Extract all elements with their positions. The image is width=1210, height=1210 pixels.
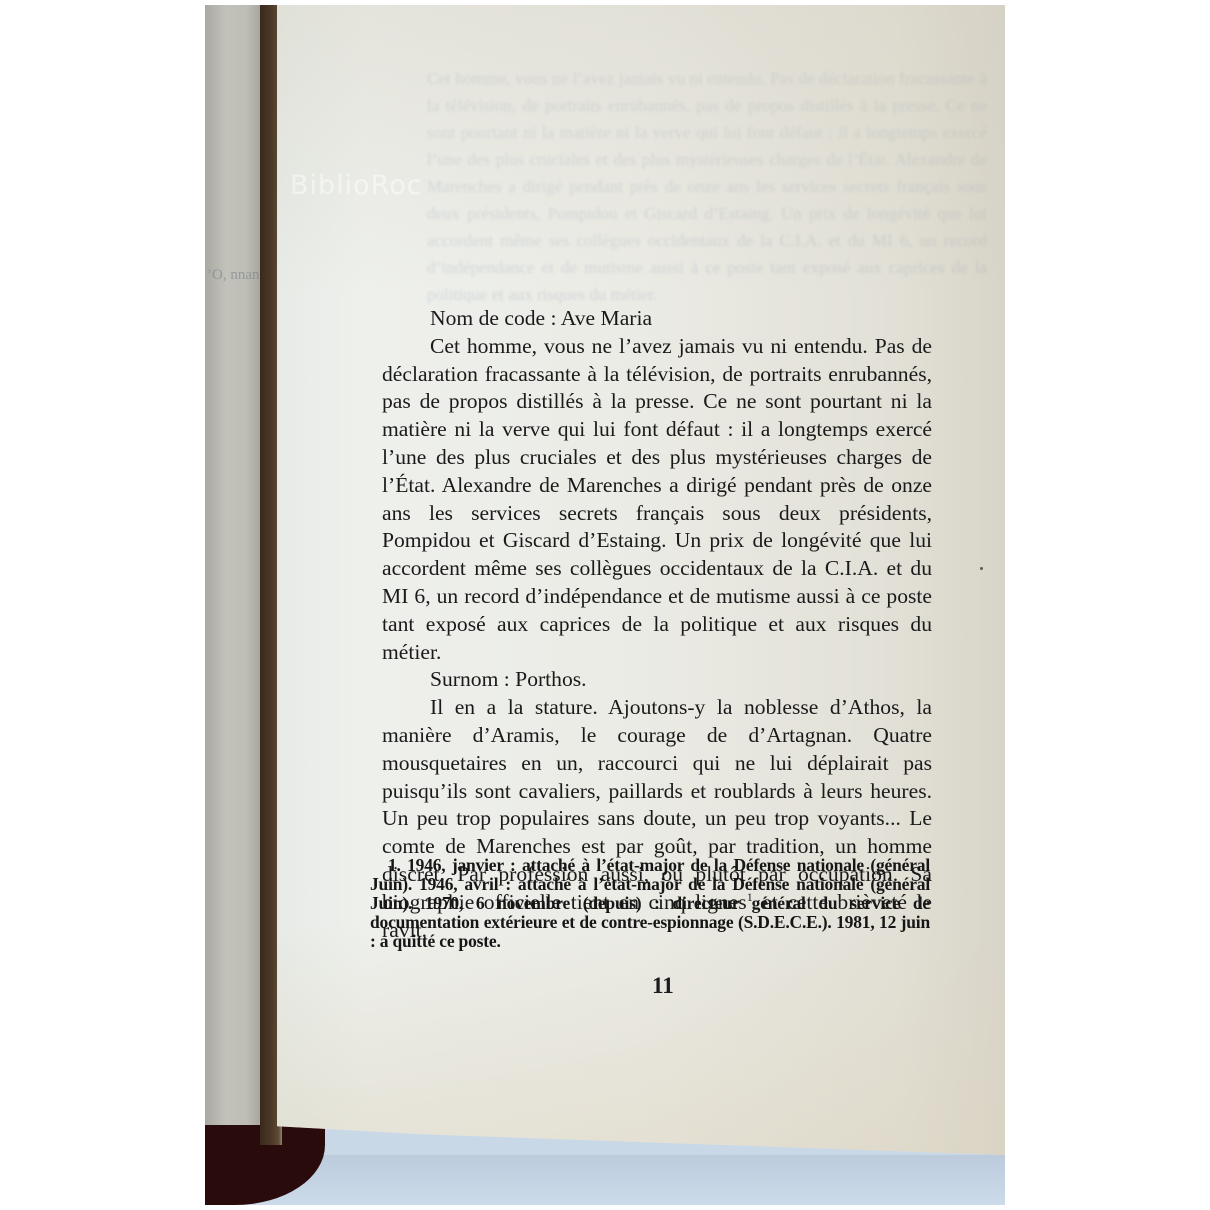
page-number: 11 <box>652 973 674 999</box>
code-name-line: Nom de code : Ave Maria <box>382 305 932 333</box>
paper-speck <box>980 567 983 570</box>
watermark: BiblioRoc <box>290 170 423 201</box>
footnote: 1. 1946, janvier : attaché à l’état-majo… <box>370 856 930 951</box>
left-page: ’O, nnan n dé l’ét <box>205 5 265 1153</box>
table-surface <box>205 1155 1005 1205</box>
paragraph: Cet homme, vous ne l’avez jamais vu ni e… <box>382 333 932 667</box>
show-through-text: Cet homme, vous ne l’avez jamais vu ni e… <box>427 65 987 325</box>
left-page-text: ’O, nnan n dé l’ét <box>207 265 263 285</box>
footnote-text: 1. 1946, janvier : attaché à l’état-majo… <box>370 856 930 951</box>
book-photo: ’O, nnan n dé l’ét Cet homme, vous ne l’… <box>205 5 1005 1205</box>
body-text: Nom de code : Ave Maria Cet homme, vous … <box>382 305 932 944</box>
nickname-line: Surnom : Porthos. <box>382 666 932 694</box>
